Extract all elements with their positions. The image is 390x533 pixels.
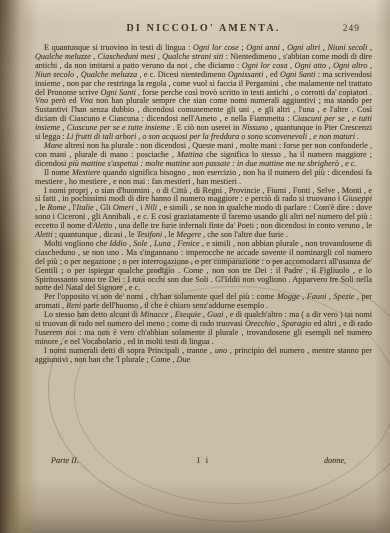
paragraph: Il nome Mestiere quando significa bisogn… xyxy=(35,169,372,187)
paragraph: Molti vogliono che Iddio , Sole , Luna ,… xyxy=(35,240,372,293)
page-header: DI NICCOLO' AMENTA. 249 xyxy=(35,23,372,37)
scanned-book-page: DI NICCOLO' AMENTA. 249 E quantunque si … xyxy=(0,0,390,533)
page-number: 249 xyxy=(343,24,360,34)
footer-catchword: donne, xyxy=(210,456,372,465)
page-footer: Parte II. I i donne, xyxy=(35,456,372,465)
page: DI NICCOLO' AMENTA. 249 E quantunque si … xyxy=(0,0,390,533)
footer-volume-label: Parte II. xyxy=(35,456,197,465)
paragraph: Lo stesso han detto alcuni di Minacce , … xyxy=(35,311,372,347)
footer-signature-mark: I i xyxy=(197,456,210,465)
paragraph: E quantunque si truovino in testi di lin… xyxy=(35,44,372,142)
running-title: DI NICCOLO' AMENTA. xyxy=(35,23,372,34)
paragraph: I nomi numerali detti di sopra Principal… xyxy=(35,347,372,365)
paragraph: Per l'opposito vi son de' nomi , ch'han … xyxy=(35,293,372,311)
paragraph: I nomi proprj , o sian d'huomini , o di … xyxy=(35,187,372,240)
paragraph: Mane altresì non ha plurale : non dicend… xyxy=(35,142,372,169)
body-text: E quantunque si truovino in testi di lin… xyxy=(35,44,372,365)
